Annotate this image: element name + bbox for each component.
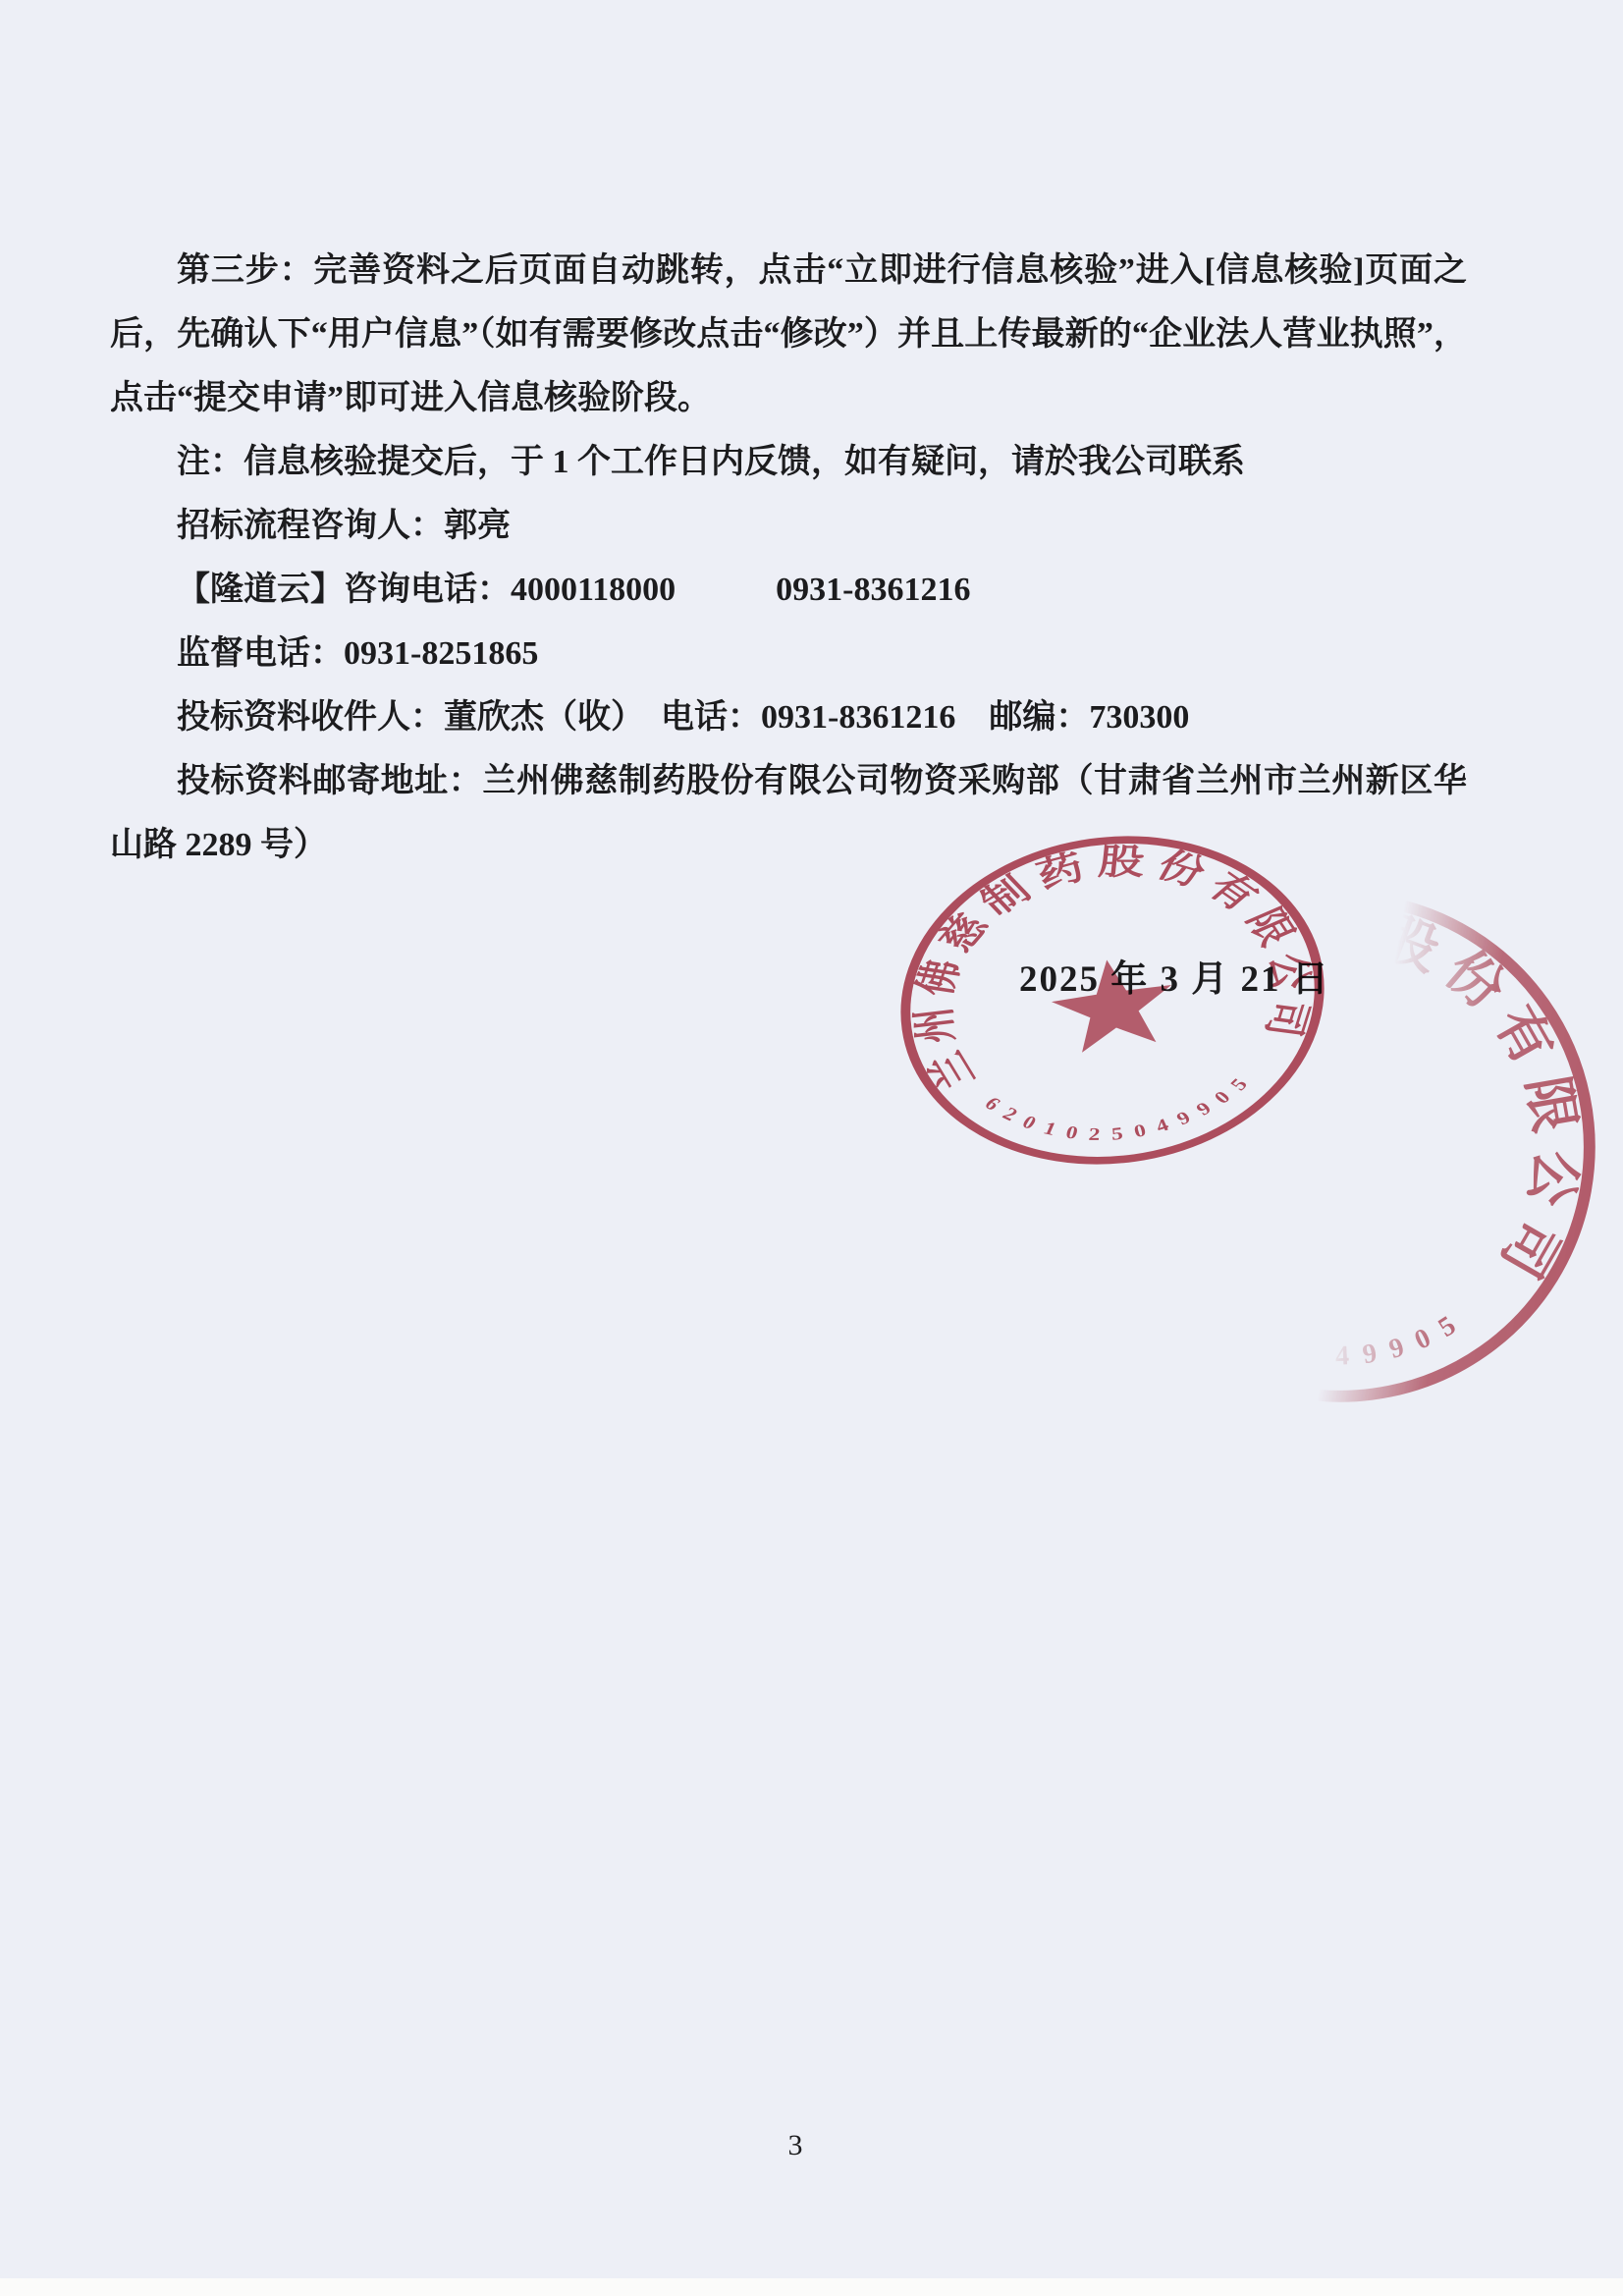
scan-edge: [0, 2278, 1623, 2296]
body-text: 第三步：完善资料之后页面自动跳转，点击“立即进行信息核验”进入[信息核验]页面之…: [110, 239, 1467, 877]
paragraph-note: 注：信息核验提交后，于 1 个工作日内反馈，如有疑问，请於我公司联系: [110, 430, 1467, 494]
edge-seal-stamp: 兰州佛慈制药股份有限公司 6201025049905: [1033, 840, 1623, 1454]
page-number: 3: [0, 2129, 1591, 2162]
edge-seal-serial-number: 6201025049905: [1128, 1234, 1480, 1397]
paragraph-supervision-phone: 监督电话：0931-8251865: [110, 622, 1467, 685]
svg-text:6201025049905: 6201025049905: [1128, 1234, 1480, 1397]
svg-text:兰州佛慈制药股份有限公司: 兰州佛慈制药股份有限公司: [1079, 861, 1623, 1302]
paragraph-recipient: 投标资料收件人：董欣杰（收） 电话：0931-8361216 邮编：730300: [110, 685, 1467, 749]
edge-seal-company-text: 兰州佛慈制药股份有限公司: [1079, 861, 1623, 1302]
paragraph-step3: 第三步：完善资料之后页面自动跳转，点击“立即进行信息核验”进入[信息核验]页面之…: [110, 239, 1467, 430]
document-page: 第三步：完善资料之后页面自动跳转，点击“立即进行信息核验”进入[信息核验]页面之…: [0, 0, 1623, 2296]
paragraph-consultant: 招标流程咨询人：郭亮: [110, 494, 1467, 558]
paragraph-hotline: 【隆道云】咨询电话：4000118000 0931-8361216: [110, 558, 1467, 622]
